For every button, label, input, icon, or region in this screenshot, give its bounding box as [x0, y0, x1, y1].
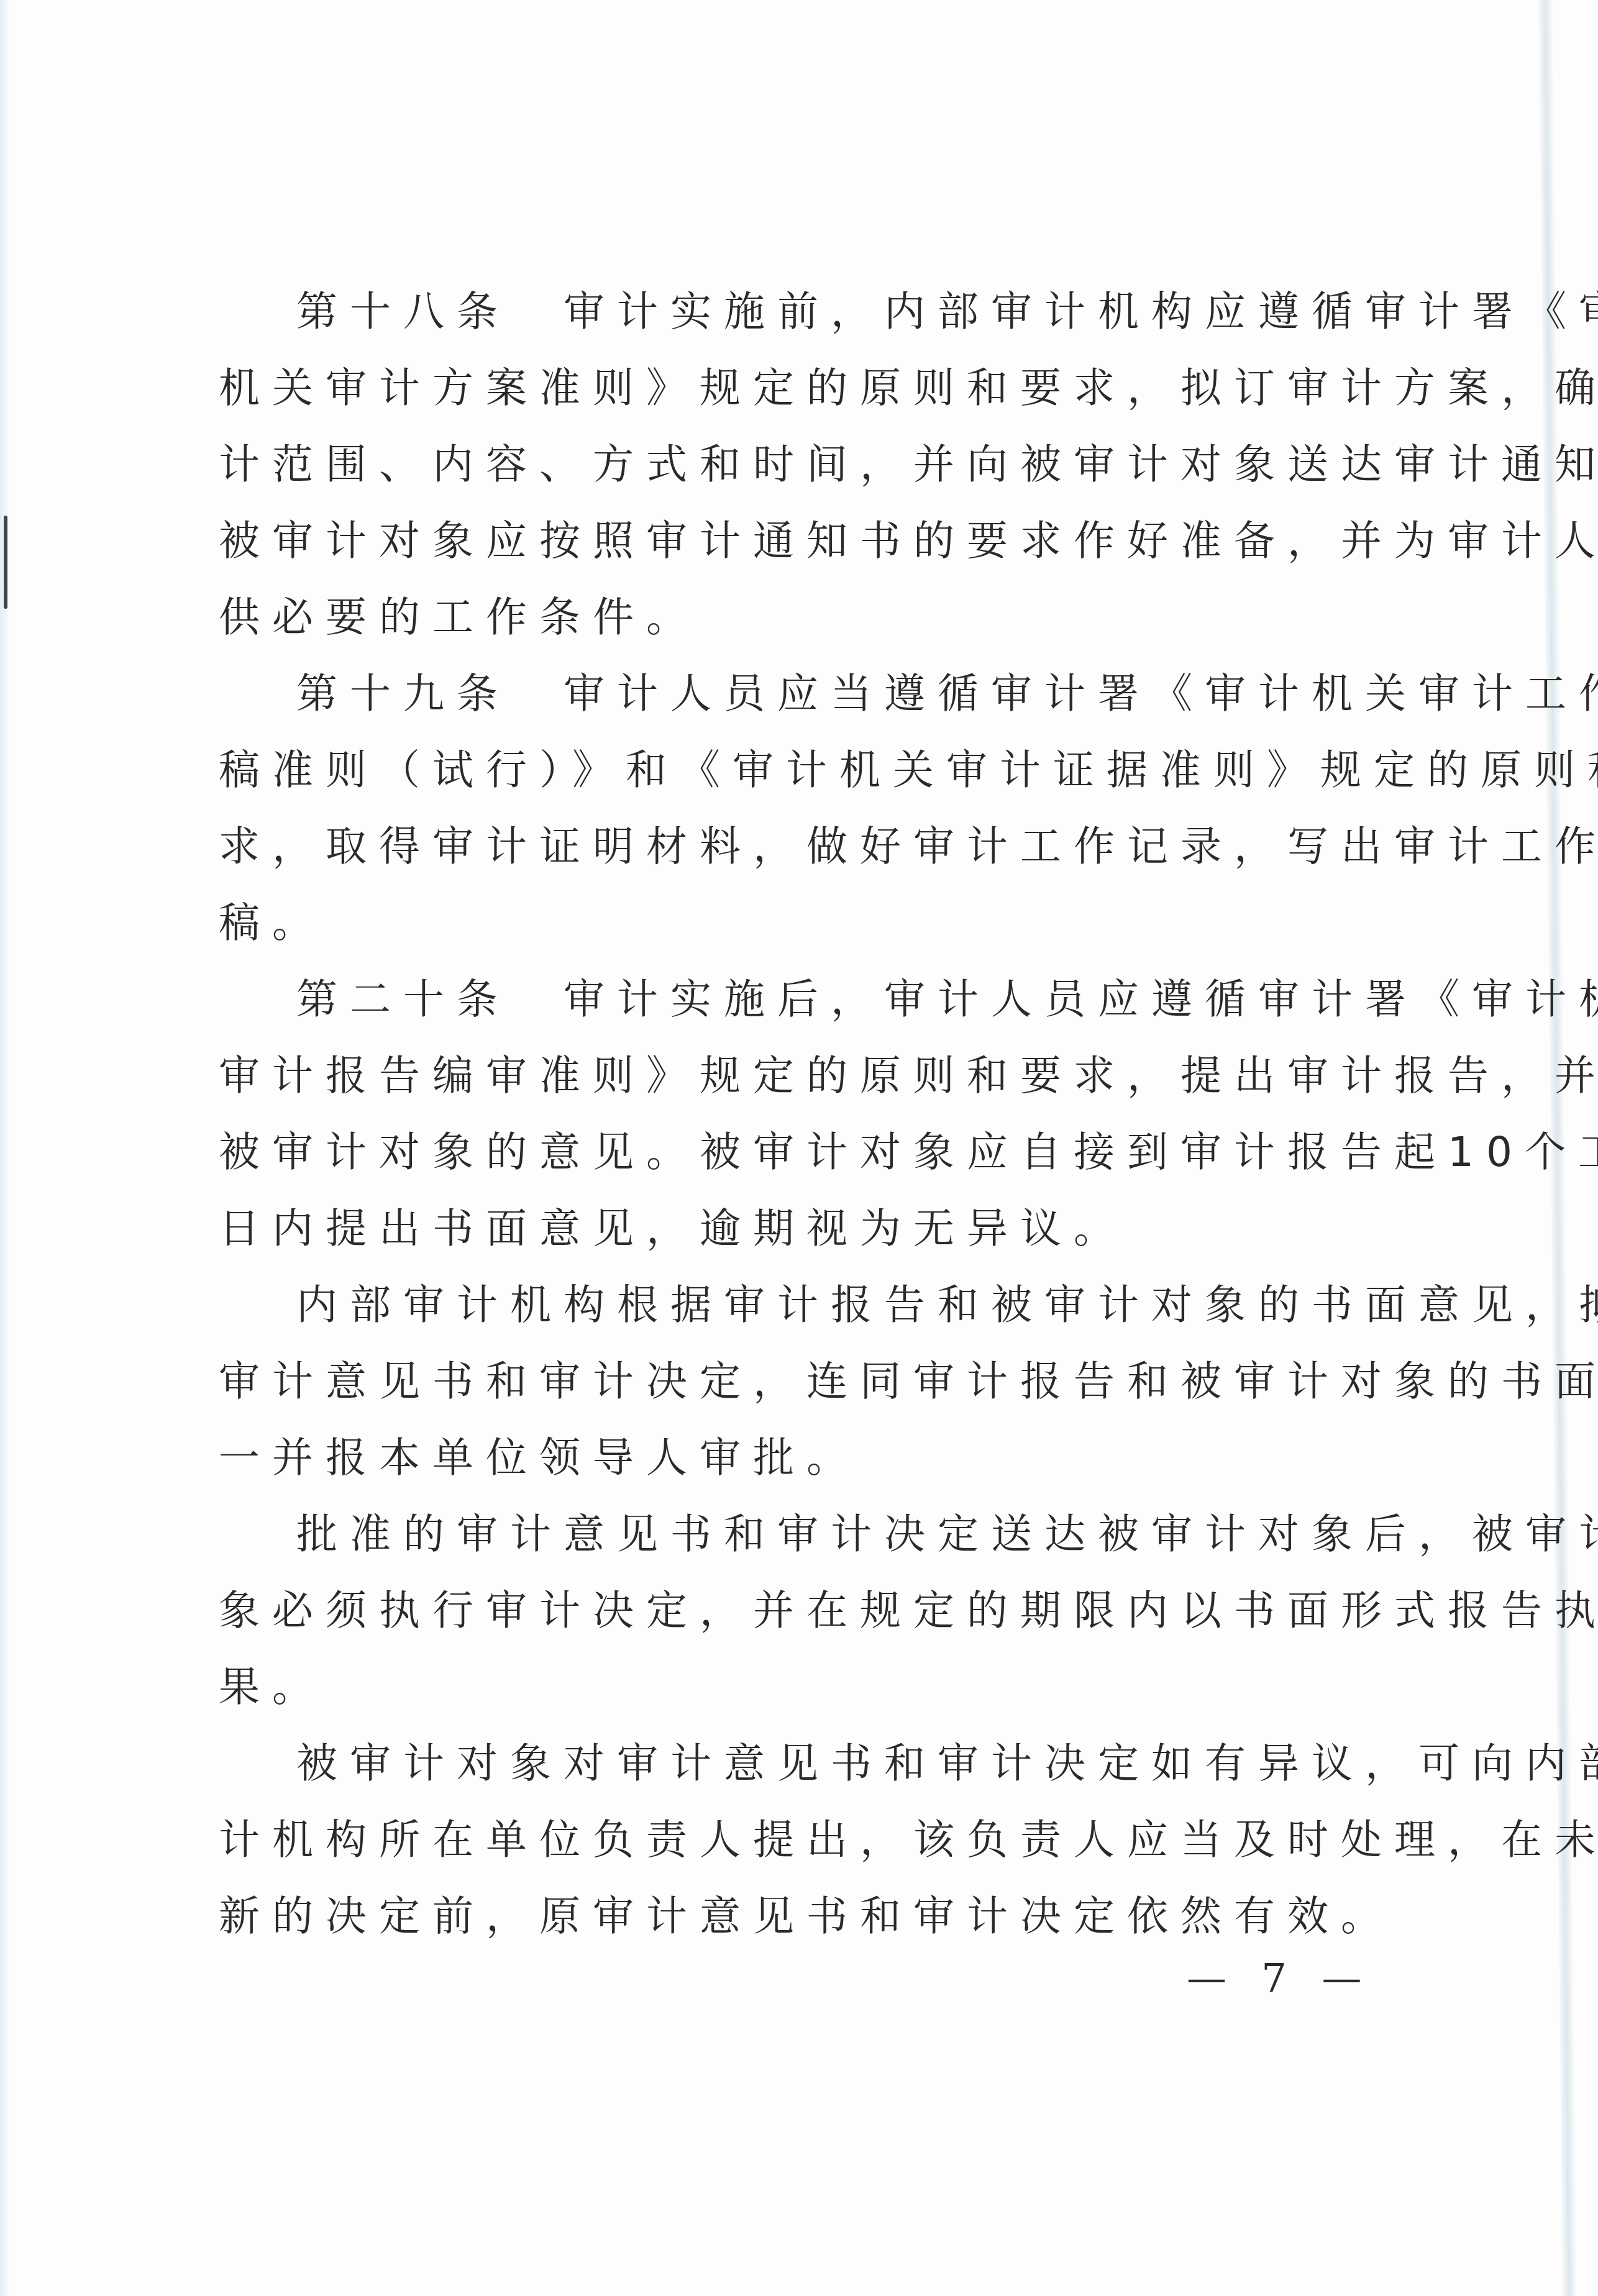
text-line: 日内提出书面意见，逾期视为无异议。 [219, 1190, 1356, 1267]
paragraph-article-18: 第十八条 审计实施前，内部审计机构应遵循审计署《审计 机关审计方案准则》规定的原… [219, 273, 1356, 655]
text-line: 供必要的工作条件。 [219, 579, 1356, 655]
paragraph-article-20: 第二十条 审计实施后，审计人员应遵循审计署《审计机关 审计报告编审准则》规定的原… [219, 961, 1356, 1267]
text-line: 稿。 [219, 885, 1356, 961]
text-line: 审计意见书和审计决定，连同审计报告和被审计对象的书面意见 [219, 1343, 1356, 1419]
text-line: 新的决定前，原审计意见书和审计决定依然有效。 [219, 1878, 1356, 1954]
text-line: 求，取得审计证明材料，做好审计工作记录，写出审计工作底 [219, 808, 1356, 885]
text-line: 批准的审计意见书和审计决定送达被审计对象后，被审计对 [219, 1496, 1356, 1572]
paragraph-article-19: 第十九条 审计人员应当遵循审计署《审计机关审计工作底 稿准则（试行）》和《审计机… [219, 655, 1356, 961]
text-line: 第十九条 审计人员应当遵循审计署《审计机关审计工作底 [219, 655, 1356, 732]
text-line: 一并报本单位领导人审批。 [219, 1419, 1356, 1496]
text-line: 被审计对象对审计意见书和审计决定如有异议，可向内部审 [219, 1725, 1356, 1802]
paragraph-article-20-part-2: 内部审计机构根据审计报告和被审计对象的书面意见，拟出 审计意见书和审计决定，连同… [219, 1267, 1356, 1496]
page-number: — 7 — [1187, 1956, 1372, 2002]
text-line: 内部审计机构根据审计报告和被审计对象的书面意见，拟出 [219, 1267, 1356, 1343]
text-line: 果。 [219, 1649, 1356, 1725]
scan-left-edge-shadow [0, 0, 9, 2296]
text-line: 计机构所在单位负责人提出，该负责人应当及时处理，在未做出 [219, 1802, 1356, 1878]
text-line: 象必须执行审计决定，并在规定的期限内以书面形式报告执行结 [219, 1572, 1356, 1649]
text-line: 被审计对象的意见。被审计对象应自接到审计报告起10个工作 [219, 1114, 1356, 1190]
text-line: 第二十条 审计实施后，审计人员应遵循审计署《审计机关 [219, 961, 1356, 1037]
text-line: 稿准则（试行）》和《审计机关审计证据准则》规定的原则和要 [219, 732, 1356, 808]
text-line: 审计报告编审准则》规定的原则和要求，提出审计报告，并征求 [219, 1037, 1356, 1114]
text-line: 计范围、内容、方式和时间，并向被审计对象送达审计通知书。 [219, 426, 1356, 503]
scan-binding-mark [4, 516, 7, 609]
text-line: 机关审计方案准则》规定的原则和要求，拟订审计方案，确定审 [219, 350, 1356, 426]
text-line: 被审计对象应按照审计通知书的要求作好准备，并为审计人员提 [219, 503, 1356, 579]
document-body: 第十八条 审计实施前，内部审计机构应遵循审计署《审计 机关审计方案准则》规定的原… [219, 273, 1356, 1954]
text-line: 第十八条 审计实施前，内部审计机构应遵循审计署《审计 [219, 273, 1356, 350]
paragraph-article-20-part-3: 批准的审计意见书和审计决定送达被审计对象后，被审计对 象必须执行审计决定，并在规… [219, 1496, 1356, 1725]
paragraph-article-20-part-4: 被审计对象对审计意见书和审计决定如有异议，可向内部审 计机构所在单位负责人提出，… [219, 1725, 1356, 1954]
